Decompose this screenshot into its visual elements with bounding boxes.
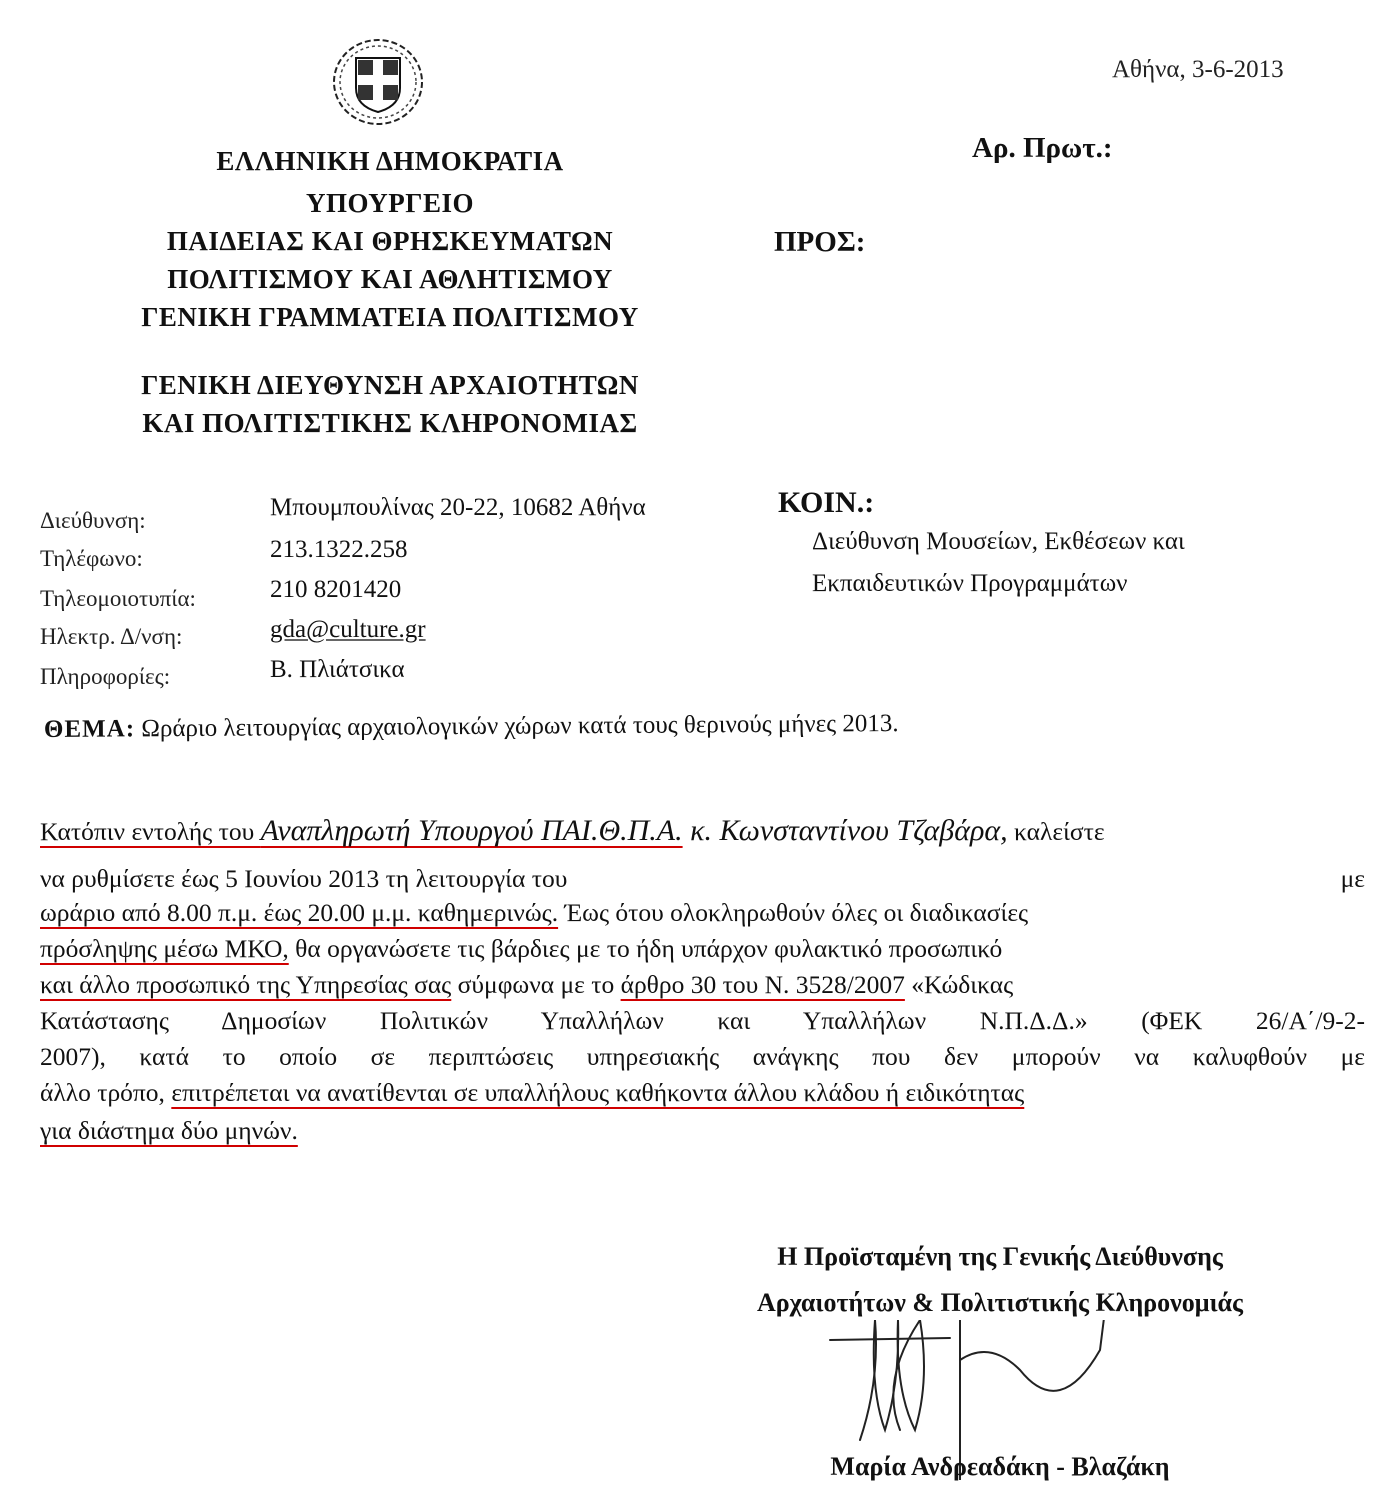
contact-value-address: Μπουμπουλίνας 20-22, 10682 Αθήνα bbox=[270, 494, 646, 522]
authority-line: ΕΛΛΗΝΙΚΗ ΔΗΜΟΚΡΑΤΙΑ bbox=[70, 146, 710, 177]
body-text: θα οργανώσετε τις βάρδιες με το ήδη υπάρ… bbox=[289, 934, 1003, 963]
signatory-name: Μαρία Ανδρεαδάκη - Βλαζάκη bbox=[660, 1452, 1340, 1482]
body-line: να ρυθμίσετε έως 5 Ιουνίου 2013 τη λειτο… bbox=[40, 864, 1365, 894]
highlighted-text: ωράριο από 8.00 π.μ. έως 20.00 μ.μ. καθη… bbox=[40, 898, 558, 927]
body-text: καλείστε bbox=[1008, 817, 1105, 846]
contact-value-email[interactable]: gda@culture.gr bbox=[270, 616, 426, 644]
highlighted-text: πρόσληψης μέσω ΜΚΟ, bbox=[40, 934, 289, 963]
contact-value-fax: 210 8201420 bbox=[270, 576, 401, 604]
body-line: Κατάστασης Δημοσίων Πολιτικών Υπαλλήλων … bbox=[40, 1006, 1365, 1036]
highlighted-text: Κατόπιν εντολής του bbox=[40, 817, 261, 846]
body-text: 2007), κατά το οποίο σε περιπτώσεις υπηρ… bbox=[40, 1042, 1365, 1071]
subject-label: ΘΕΜΑ: bbox=[44, 715, 135, 743]
body-line: και άλλο προσωπικό της Υπηρεσίας σας σύμ… bbox=[40, 970, 1365, 1000]
cc-recipient-line: Διεύθυνση Μουσείων, Εκθέσεων και bbox=[812, 528, 1185, 556]
body-text: «Κώδικας bbox=[905, 970, 1013, 999]
body-text: σύμφωνα με το bbox=[451, 970, 620, 999]
body-line: ωράριο από 8.00 π.μ. έως 20.00 μ.μ. καθη… bbox=[40, 898, 1365, 928]
contact-label-fax: Τηλεομοιοτυπία: bbox=[40, 586, 196, 612]
signatory-title-line: Η Προϊσταμένη της Γενικής Διεύθυνσης bbox=[660, 1242, 1340, 1272]
cc-recipient-line: Εκπαιδευτικών Προγραμμάτων bbox=[812, 570, 1128, 598]
authority-line: ΠΑΙΔΕΙΑΣ ΚΑΙ ΘΡΗΣΚΕΥΜΑΤΩΝ bbox=[70, 226, 710, 257]
body-text: Έως ότου ολοκληρωθούν όλες οι διαδικασίε… bbox=[558, 898, 1028, 927]
minister-name: κ. Κωνσταντίνου Τζαβάρα, bbox=[683, 814, 1008, 847]
contact-label-info: Πληροφορίες: bbox=[40, 664, 170, 690]
authority-line: ΥΠΟΥΡΓΕΙΟ bbox=[70, 188, 710, 219]
greek-coat-of-arms-icon bbox=[326, 30, 430, 130]
recipient-label: ΠΡΟΣ: bbox=[774, 226, 865, 259]
body-line: 2007), κατά το οποίο σε περιπτώσεις υπηρ… bbox=[40, 1042, 1365, 1072]
highlighted-text: επιτρέπεται να ανατίθενται σε υπαλλήλους… bbox=[171, 1078, 1024, 1107]
cc-label: ΚΟΙΝ.: bbox=[778, 486, 874, 520]
body-line: άλλο τρόπο, επιτρέπεται να ανατίθενται σ… bbox=[40, 1078, 1365, 1108]
body-text: με bbox=[1341, 864, 1365, 894]
document-date: Αθήνα, 3-6-2013 bbox=[1112, 56, 1284, 84]
contact-label-address: Διεύθυνση: bbox=[40, 508, 146, 534]
contact-label-email: Ηλεκτρ. Δ/νση: bbox=[40, 624, 182, 650]
directorate-line: ΚΑΙ ΠΟΛΙΤΙΣΤΙΚΗΣ ΚΛΗΡΟΝΟΜΙΑΣ bbox=[70, 408, 710, 439]
body-text: άλλο τρόπο, bbox=[40, 1078, 171, 1107]
body-line: πρόσληψης μέσω ΜΚΟ, θα οργανώσετε τις βά… bbox=[40, 934, 1365, 964]
contact-value-phone: 213.1322.258 bbox=[270, 536, 408, 564]
authority-line: ΠΟΛΙΤΙΣΜΟΥ ΚΑΙ ΑΘΛΗΤΙΣΜΟΥ bbox=[70, 264, 710, 295]
body-text: Κατάστασης Δημοσίων Πολιτικών Υπαλλήλων … bbox=[40, 1006, 1365, 1035]
contact-value-info: Β. Πλιάτσικα bbox=[270, 656, 405, 684]
subject-line: ΘΕΜΑ: Ωράριο λειτουργίας αρχαιολογικών χ… bbox=[44, 710, 899, 744]
authority-line: ΓΕΝΙΚΗ ΓΡΑΜΜΑΤΕΙΑ ΠΟΛΙΤΙΣΜΟΥ bbox=[70, 302, 710, 333]
directorate-line: ΓΕΝΙΚΗ ΔΙΕΥΘΥΝΣΗ ΑΡΧΑΙΟΤΗΤΩΝ bbox=[70, 370, 710, 401]
highlighted-text: Αναπληρωτή Υπουργού ΠΑΙ.Θ.Π.Α. bbox=[261, 814, 683, 847]
body-line: για διάστημα δύο μηνών. bbox=[40, 1116, 1365, 1146]
protocol-number-label: Αρ. Πρωτ.: bbox=[972, 132, 1113, 165]
highlighted-law-reference: άρθρο 30 του Ν. 3528/2007 bbox=[621, 970, 905, 999]
subject-text: Ωράριο λειτουργίας αρχαιολογικών χώρων κ… bbox=[141, 710, 898, 742]
body-text: να ρυθμίσετε έως 5 Ιουνίου 2013 τη λειτο… bbox=[40, 864, 567, 893]
body-line: Κατόπιν εντολής του Αναπληρωτή Υπουργού … bbox=[40, 814, 1365, 848]
highlighted-text: για διάστημα δύο μηνών. bbox=[40, 1116, 298, 1145]
signatory-title-line: Αρχαιοτήτων & Πολιτιστικής Κληρονομιάς bbox=[660, 1288, 1340, 1318]
highlighted-text: και άλλο προσωπικό της Υπηρεσίας σας bbox=[40, 970, 451, 999]
contact-label-phone: Τηλέφωνο: bbox=[40, 546, 143, 572]
